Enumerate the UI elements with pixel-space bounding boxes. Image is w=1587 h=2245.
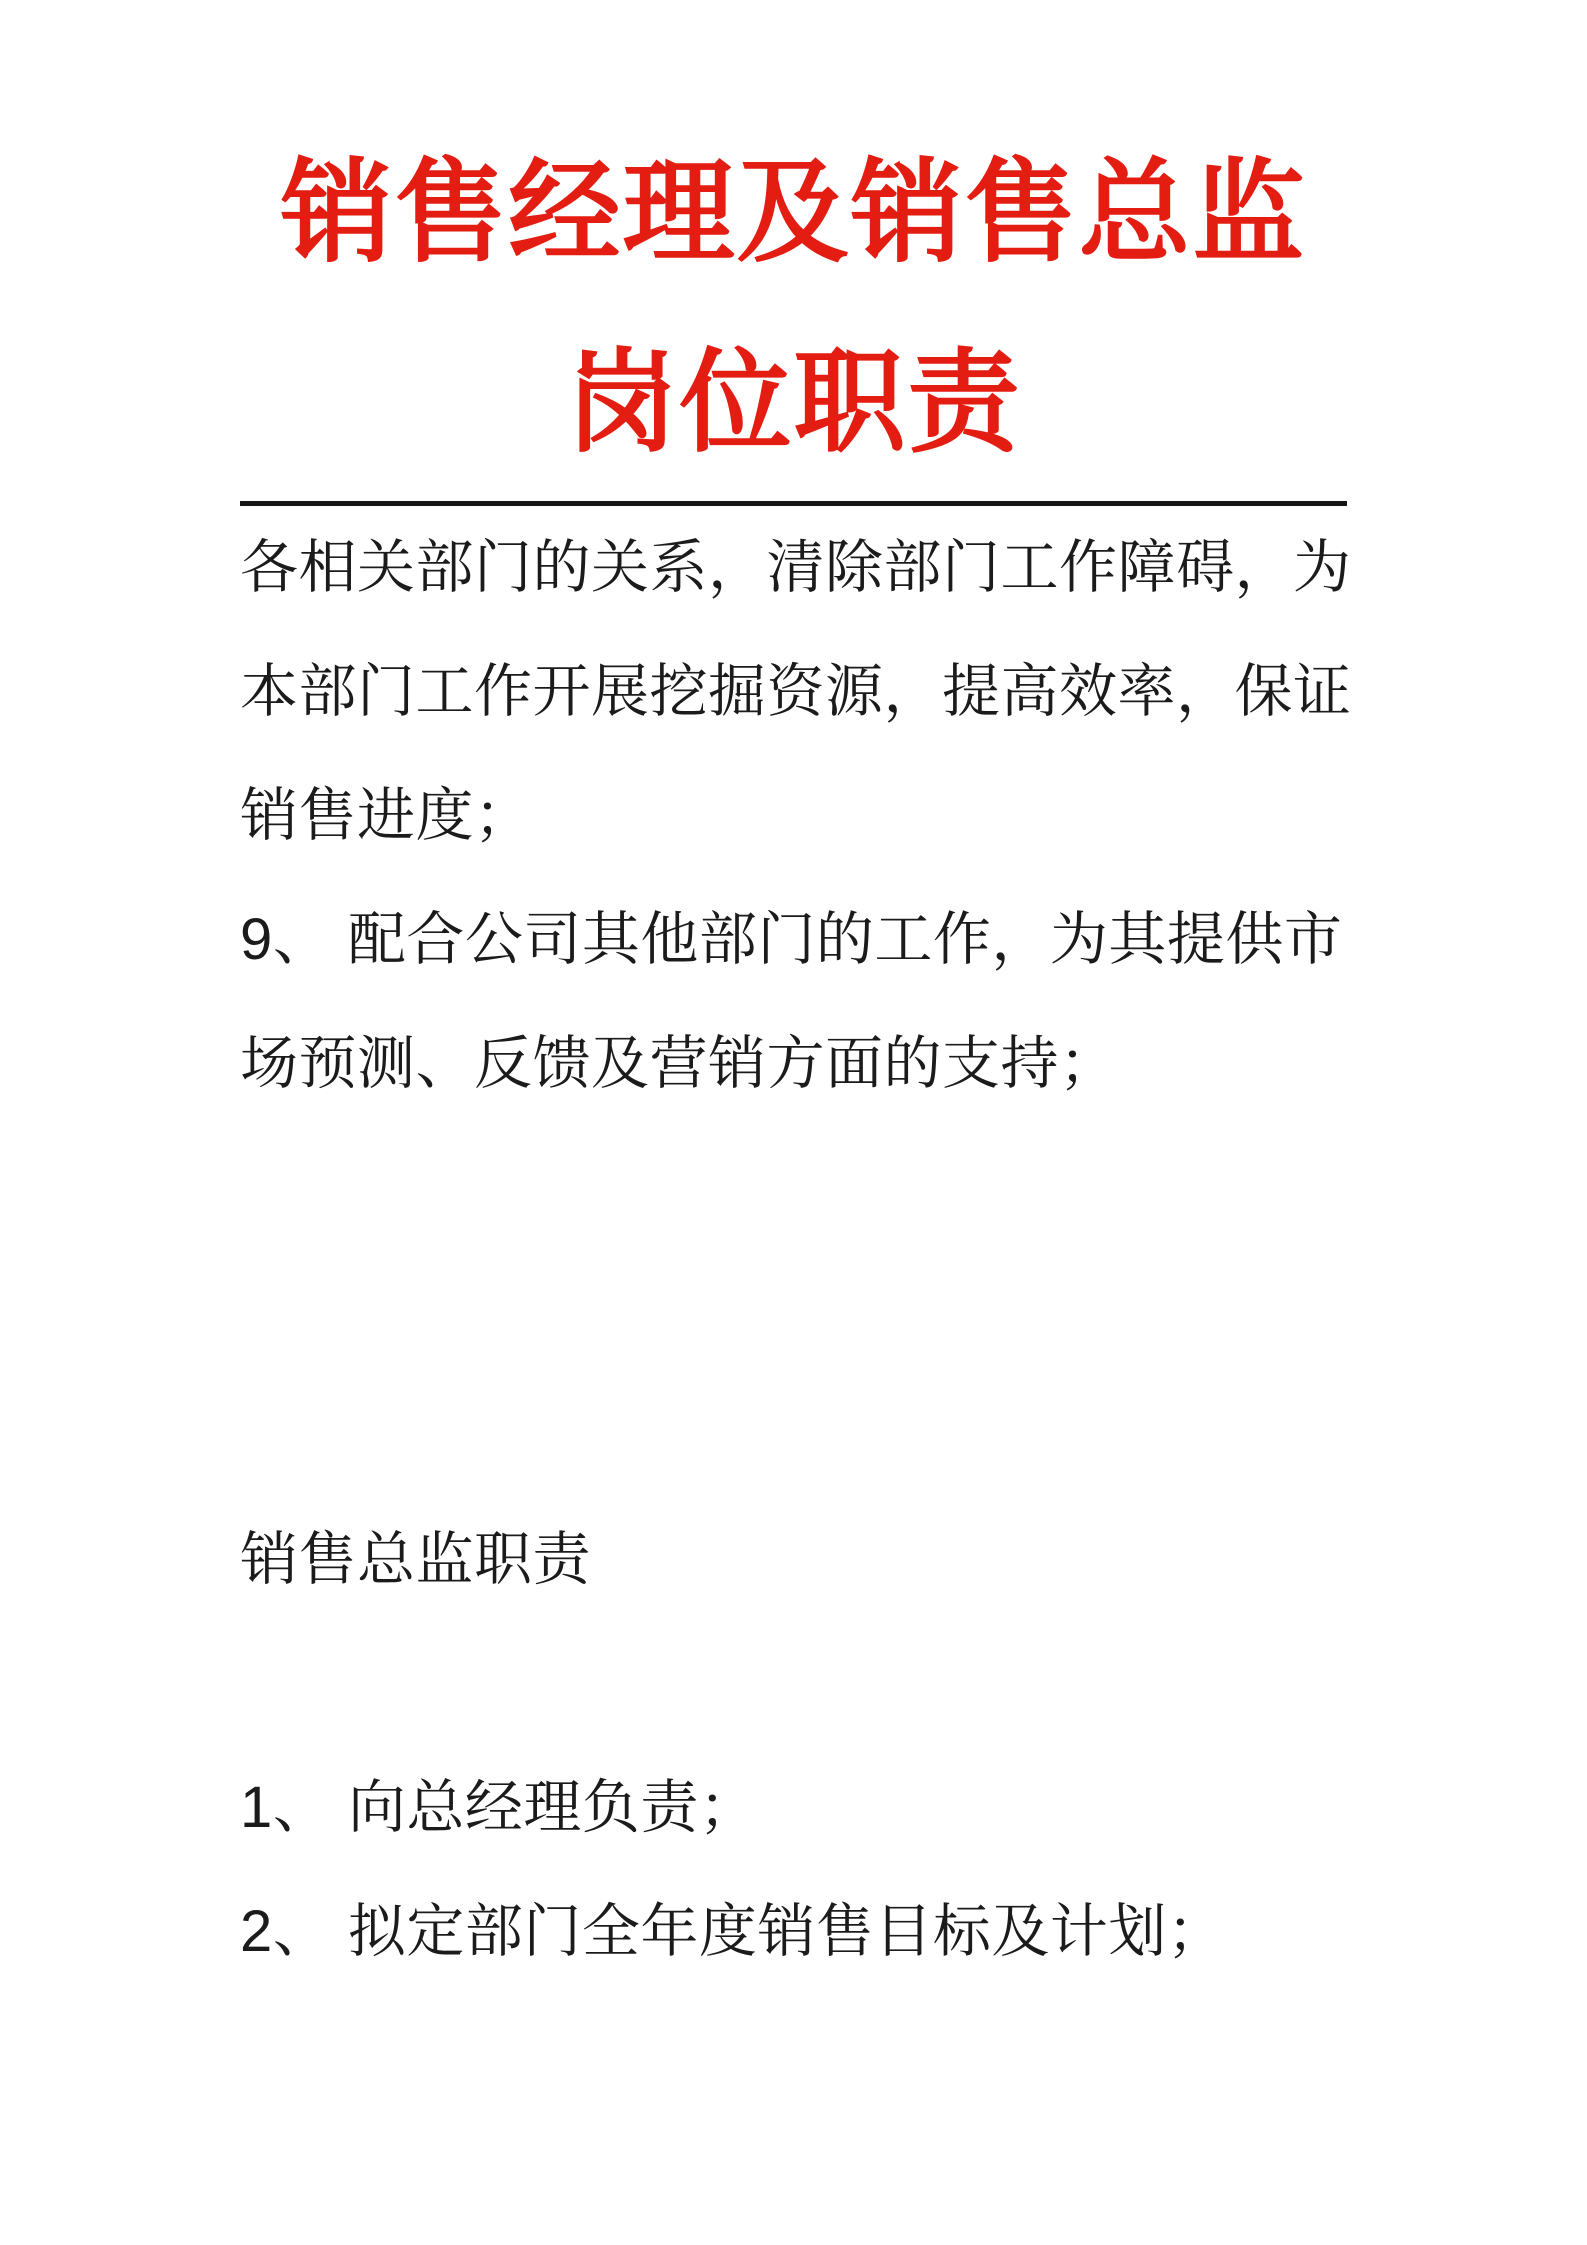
section-heading: 销售总监职责	[240, 1498, 1347, 1622]
body-line-empty	[240, 1250, 1347, 1374]
body-line: 销售进度；	[240, 754, 1347, 878]
body-line-empty	[240, 1126, 1347, 1250]
body-line: 本部门工作开展挖掘资源，提高效率，保证	[240, 630, 1347, 754]
document-body: 各相关部门的关系，清除部门工作障碍，为 本部门工作开展挖掘资源，提高效率，保证 …	[240, 506, 1347, 1994]
list-item: 2、 拟定部门全年度销售目标及计划；	[240, 1870, 1347, 1994]
body-line-empty	[240, 1374, 1347, 1498]
body-line-empty	[240, 1622, 1347, 1746]
list-item: 1、 向总经理负责；	[240, 1746, 1347, 1870]
title-line-2: 岗位职责	[240, 308, 1347, 498]
body-line: 场预测、反馈及营销方面的支持；	[240, 1002, 1347, 1126]
title-line-1: 销售经理及销售总监	[240, 118, 1347, 308]
body-line: 9、 配合公司其他部门的工作，为其提供市	[240, 878, 1347, 1002]
document-title: 销售经理及销售总监 岗位职责	[240, 118, 1347, 498]
body-line: 各相关部门的关系，清除部门工作障碍，为	[240, 506, 1347, 630]
document-page: 销售经理及销售总监 岗位职责 各相关部门的关系，清除部门工作障碍，为 本部门工作…	[0, 0, 1587, 2245]
